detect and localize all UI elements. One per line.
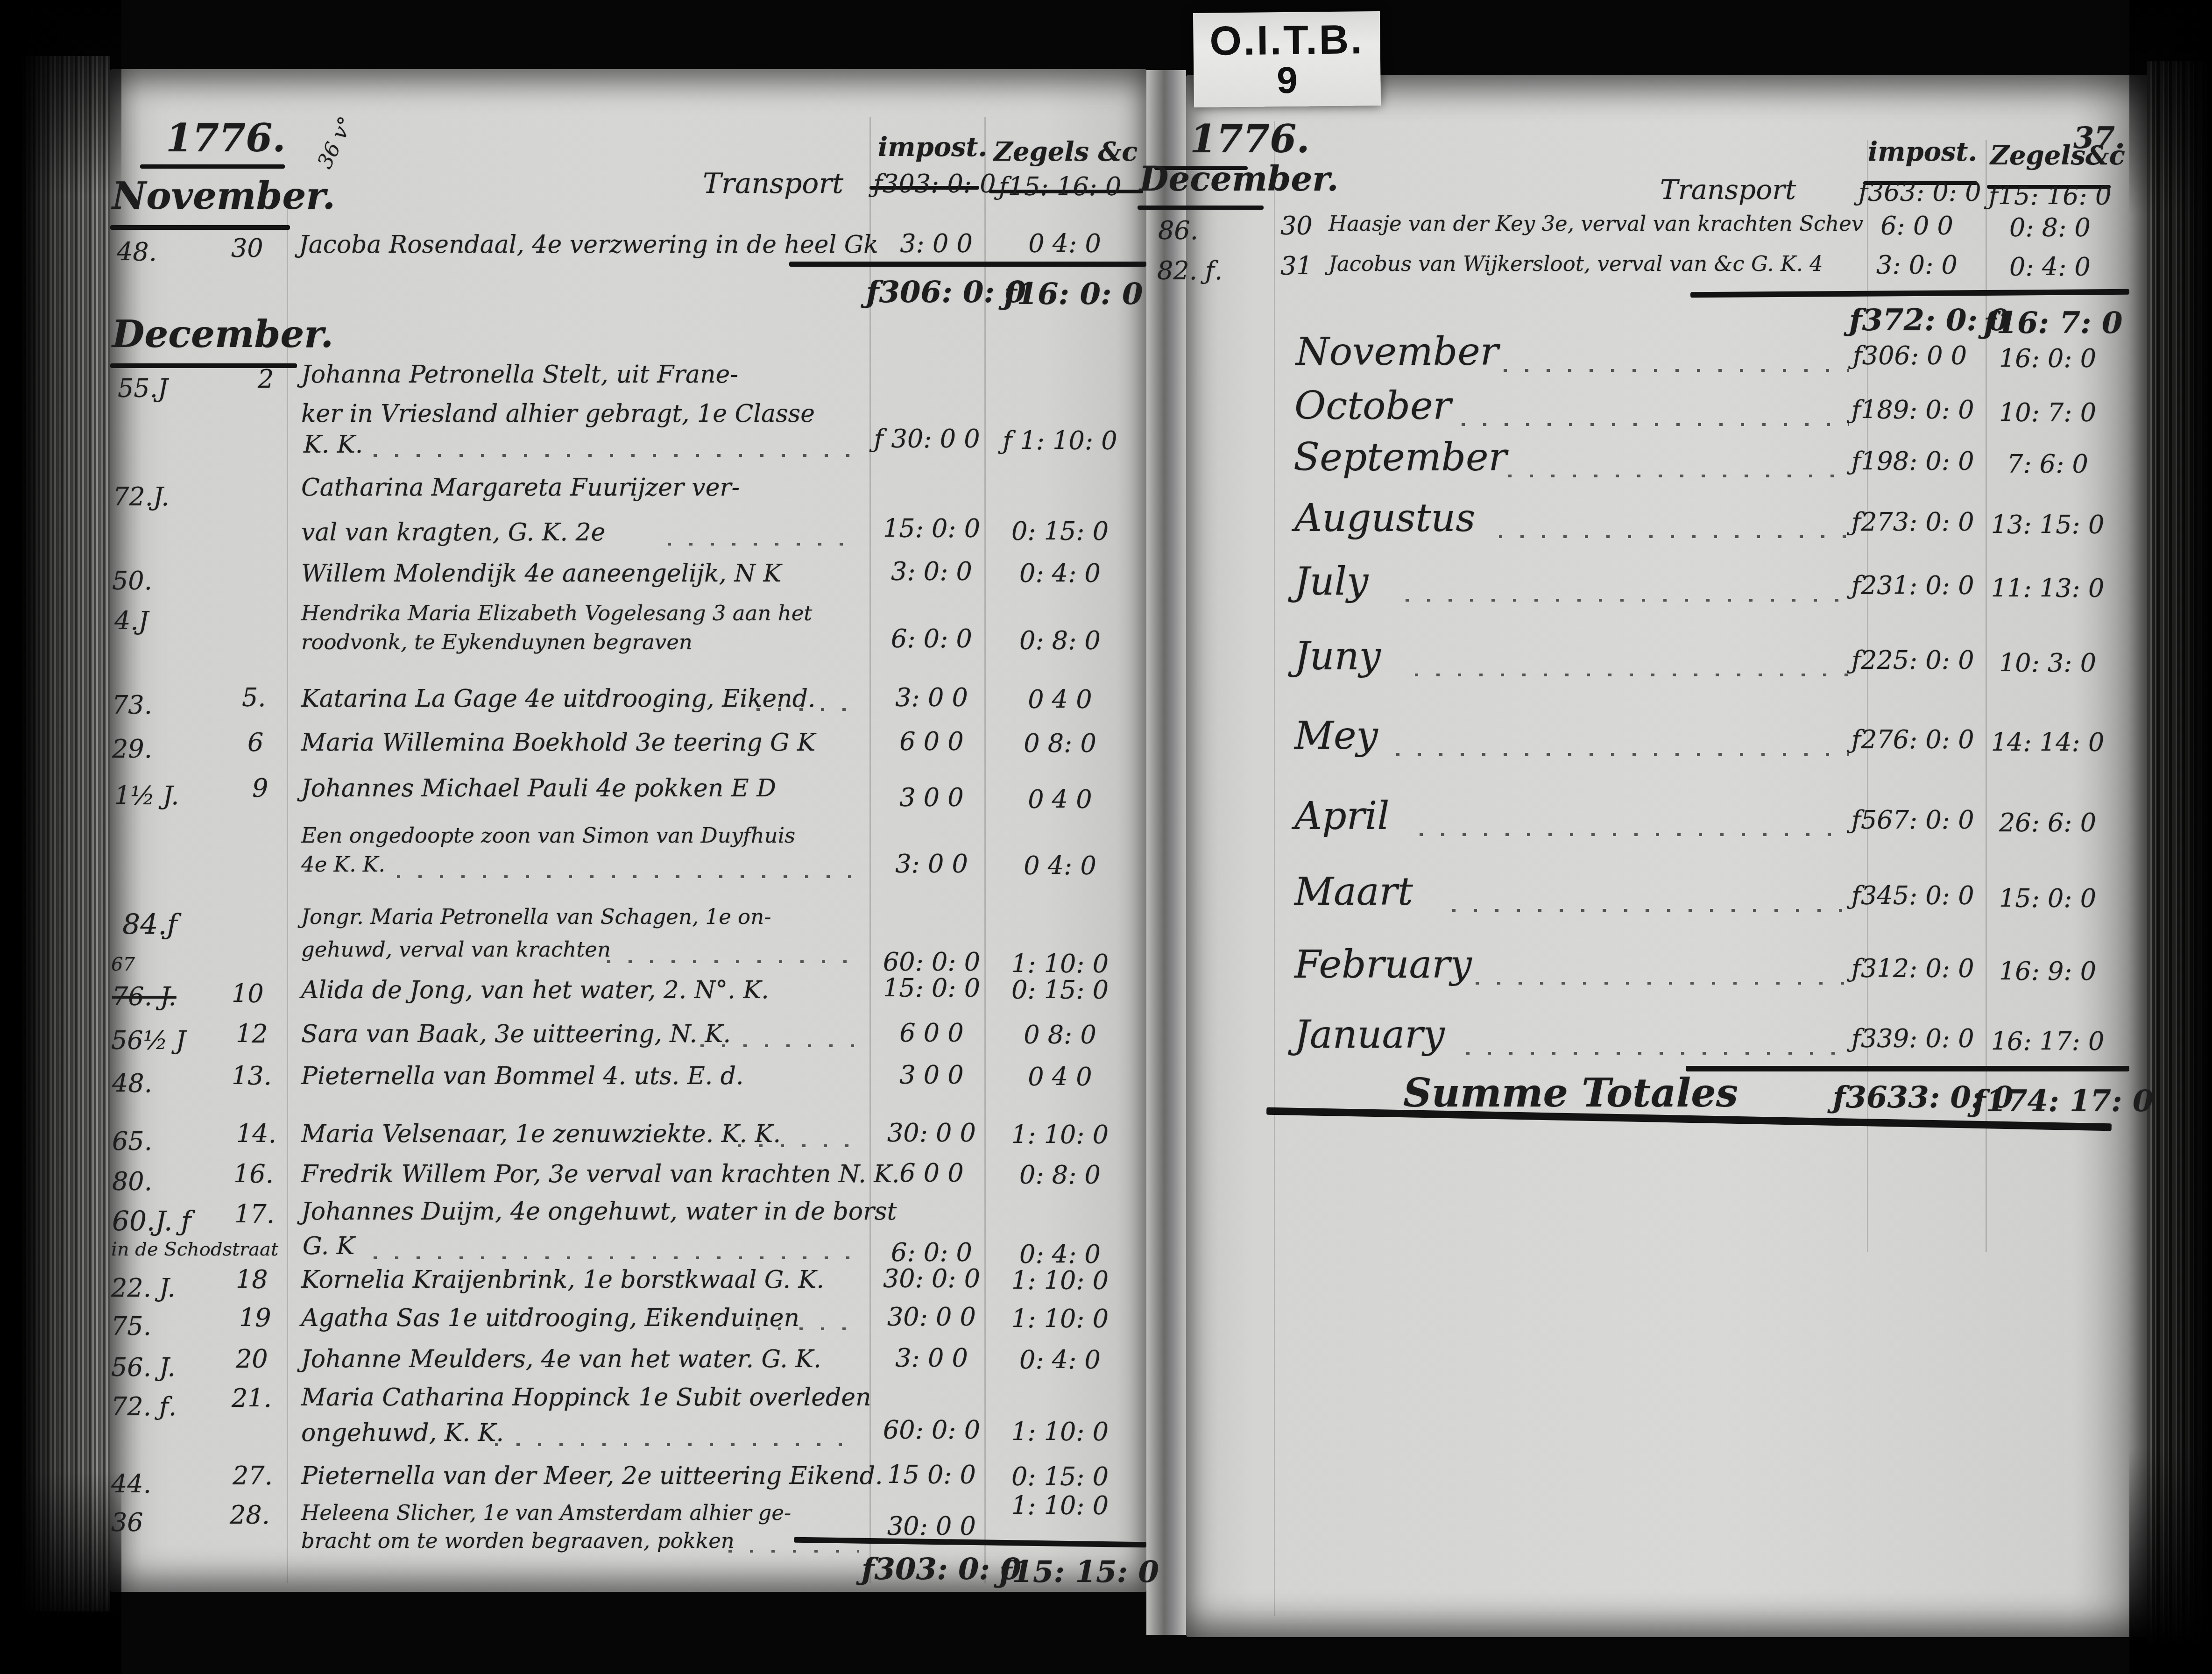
right-column-line-1 xyxy=(1274,121,1275,1616)
left-year: 1776. xyxy=(166,116,286,161)
row-description: K. K. xyxy=(304,431,363,459)
month-zegels: 15: 0: 0 xyxy=(1978,884,2118,913)
row-margin: 56. J. xyxy=(111,1353,176,1382)
row-zegels: 0: 8: 0 xyxy=(1980,213,2120,242)
left-zegels-header: Zegels &c xyxy=(994,136,1138,167)
right-december-underline xyxy=(1138,206,1264,210)
row-zegels: 1: 10: 0 xyxy=(990,1304,1130,1334)
month-name: February xyxy=(1294,943,1472,987)
left-november-total-zegels: ƒ16: 0: 0 xyxy=(1004,277,1143,312)
row-impost: 3: 0: 0 xyxy=(873,557,990,586)
month-name: Mey xyxy=(1294,714,1378,758)
month-zegels: 16: 9: 0 xyxy=(1978,957,2118,986)
dotted-leader xyxy=(607,960,859,963)
row-zegels: 1: 10: 0 xyxy=(990,1266,1130,1295)
row-impost: ƒ 30: 0 0 xyxy=(869,424,985,454)
row-impost: 30: 0 0 xyxy=(873,1511,990,1541)
right-transport-impost: ƒ363: 0: 0 xyxy=(1859,177,1975,207)
row-description: Katarina La Gage 4e uitdrooging, Eikend. xyxy=(301,685,816,713)
month-zegels: 14: 14: 0 xyxy=(1978,728,2118,757)
row-margin: 67 xyxy=(111,954,135,975)
dotted-leader xyxy=(1415,674,1849,676)
row-margin: 29. xyxy=(112,734,152,764)
row-zegels: 0 8: 0 xyxy=(990,729,1130,758)
row-description: Heleena Slicher, 1e van Amsterdam alhier… xyxy=(301,1500,791,1525)
row-description: Maria Velsenaar, 1e zenuwziekte. K. K. xyxy=(301,1120,781,1148)
row-zegels: 0 8: 0 xyxy=(990,1020,1130,1050)
row-margin: 80. xyxy=(112,1167,152,1196)
row-day: 20 xyxy=(236,1344,268,1374)
row-day: 12 xyxy=(236,1019,268,1049)
row-margin: 55.J xyxy=(118,374,168,403)
right-transport-label: Transport xyxy=(1660,174,1796,206)
row-margin: 72. ƒ. xyxy=(111,1392,177,1421)
row-description: Johannes Michael Pauli 4e pokken E D xyxy=(301,774,776,802)
month-impost: ƒ312: 0: 0 xyxy=(1852,954,1968,983)
row-description: Pieternella van der Meer, 2e uitteering … xyxy=(301,1462,883,1490)
month-name: April xyxy=(1294,794,1389,838)
row-margin: 86. xyxy=(1158,216,1198,245)
dotted-leader xyxy=(1504,369,1849,372)
row-impost: 6: 0: 0 xyxy=(873,624,990,653)
row-margin: 82. ƒ. xyxy=(1157,256,1223,285)
dotted-leader xyxy=(1466,1052,1849,1055)
row-description: ongehuwd, K. K. xyxy=(301,1419,504,1447)
dotted-leader xyxy=(700,1044,859,1047)
month-name: January xyxy=(1294,1013,1445,1057)
dotted-leader xyxy=(1499,535,1849,538)
row-day: 14. xyxy=(236,1119,276,1149)
row-impost: 60: 0: 0 xyxy=(873,1415,990,1445)
right-shadow-overlay xyxy=(2129,0,2212,1674)
row-description: Fredrik Willem Por, 3e verval van kracht… xyxy=(301,1160,900,1188)
left-column-line-1 xyxy=(287,201,288,1583)
month-zegels: 13: 15: 0 xyxy=(1978,510,2118,539)
month-zegels: 16: 17: 0 xyxy=(1978,1027,2118,1056)
row-day: 30 xyxy=(1280,211,1313,241)
row-description: Pieternella van Bommel 4. uts. E. d. xyxy=(301,1062,744,1090)
row-zegels: 0: 8: 0 xyxy=(990,1160,1130,1190)
row-zegels: 1: 10: 0 xyxy=(990,1417,1130,1447)
archive-label-number: 9 xyxy=(1277,62,1298,99)
row-day: 17. xyxy=(234,1199,275,1229)
row-day: 27. xyxy=(233,1461,273,1490)
row-description: Jacoba Rosendaal, 4e verzwering in de he… xyxy=(299,231,878,259)
row-impost: 15: 0: 0 xyxy=(873,973,990,1003)
left-transport-zegels: ƒ15: 16: 0 xyxy=(990,172,1130,201)
month-impost: ƒ306: 0 0 xyxy=(1852,341,1968,370)
month-zegels: 7: 6: 0 xyxy=(1978,449,2118,479)
dotted-leader xyxy=(1462,423,1849,426)
left-november-total-impost: ƒ306: 0: 0 xyxy=(866,275,1026,310)
row-margin-alt: in de Schodstraat xyxy=(111,1239,278,1260)
month-impost: ƒ273: 0: 0 xyxy=(1852,507,1968,537)
row-zegels: 0 4: 0 xyxy=(990,851,1130,880)
row-impost: 6 0 0 xyxy=(873,727,990,756)
dotted-leader xyxy=(1420,833,1849,836)
row-description: Kornelia Kraijenbrink, 1e borstkwaal G. … xyxy=(301,1266,824,1294)
row-zegels: 0: 8: 0 xyxy=(990,626,1130,655)
row-day: 18 xyxy=(236,1265,268,1294)
row-margin: 36 xyxy=(111,1508,143,1537)
row-impost: 6 0 0 xyxy=(873,1158,990,1188)
row-impost: 6: 0 0 xyxy=(1859,211,1975,241)
row-day: 9 xyxy=(252,773,268,803)
row-description: Hendrika Maria Elizabeth Vogelesang 3 aa… xyxy=(301,601,812,625)
row-margin: 50. xyxy=(112,566,152,596)
row-impost: 3 0 0 xyxy=(873,783,990,812)
row-description: Haasje van der Key 3e, verval van kracht… xyxy=(1329,211,1863,236)
month-zegels: 10: 7: 0 xyxy=(1978,398,2118,427)
row-impost: 30: 0 0 xyxy=(873,1302,990,1332)
month-impost: ƒ225: 0: 0 xyxy=(1852,645,1968,675)
row-day: 31 xyxy=(1280,251,1313,281)
row-description: Sara van Baak, 3e uitteering, N. K. xyxy=(301,1020,731,1048)
dotted-leader xyxy=(374,454,859,457)
month-zegels: 10: 3: 0 xyxy=(1978,648,2118,678)
row-zegels: 0: 15: 0 xyxy=(990,1462,1130,1491)
right-zegels-header: Zegels&c xyxy=(1990,140,2125,171)
row-zegels: 1: 10: 0 xyxy=(990,1120,1130,1149)
month-zegels: 11: 13: 0 xyxy=(1978,574,2118,603)
dotted-leader xyxy=(1508,475,1849,477)
right-transport-zegels: ƒ15: 16: 0 xyxy=(1980,181,2120,211)
dotted-leader xyxy=(1396,753,1849,756)
dotted-leader xyxy=(1406,599,1849,602)
row-impost: 60: 0: 0 xyxy=(873,947,990,977)
row-impost: 30: 0 0 xyxy=(873,1118,990,1148)
month-impost: ƒ231: 0: 0 xyxy=(1852,571,1968,600)
row-description: Alida de Jong, van het water, 2. N°. K. xyxy=(301,976,769,1004)
row-zegels: 0: 4: 0 xyxy=(990,1345,1130,1375)
row-day: 21. xyxy=(232,1383,272,1413)
row-impost: 3: 0 0 xyxy=(878,229,995,258)
row-impost: 6: 0: 0 xyxy=(873,1238,990,1267)
row-margin: 56½ J xyxy=(111,1026,186,1055)
row-zegels: 0 4 0 xyxy=(990,785,1130,814)
month-name: September xyxy=(1293,435,1507,480)
left-column-line-2 xyxy=(869,117,871,1583)
row-description: G. K xyxy=(303,1232,355,1260)
row-day: 30 xyxy=(231,234,263,263)
right-december-header: December. xyxy=(1139,159,1339,199)
row-day: 28. xyxy=(230,1500,270,1530)
row-description: Catharina Margareta Fuurijzer ver- xyxy=(301,474,740,502)
summe-top-rule xyxy=(1686,1066,2129,1071)
right-december-total-zegels: ƒ16: 7: 0 xyxy=(1984,305,2122,340)
dotted-leader xyxy=(728,1550,859,1553)
row-description: 4e K. K. xyxy=(301,852,385,877)
left-grand-total-zegels: ƒ15: 15: 0 xyxy=(999,1554,1159,1589)
row-margin: 75. xyxy=(111,1312,151,1341)
left-year-underline xyxy=(140,164,285,169)
row-day: 10 xyxy=(232,979,264,1008)
row-margin: 44. xyxy=(111,1469,151,1499)
left-december-header: December. xyxy=(112,312,333,356)
month-zegels: 16: 0: 0 xyxy=(1978,344,2118,373)
left-transport-impost: ƒ303: 0: 0 xyxy=(873,169,990,199)
month-impost: ƒ276: 0: 0 xyxy=(1852,725,1968,754)
row-day: 19 xyxy=(239,1303,271,1333)
row-margin-alt: 76. J. xyxy=(112,982,177,1011)
row-description: Jacobus van Wijkersloot, verval van &c G… xyxy=(1329,251,1823,276)
row-description: Agatha Sas 1e uitdrooging, Eikenduinen xyxy=(301,1304,799,1332)
row-description: gehuwd, verval van krachten xyxy=(301,937,611,962)
dotted-leader xyxy=(738,1144,859,1147)
row-zegels: 0: 4: 0 xyxy=(1980,252,2120,282)
archive-label: O.I.T.B. 9 xyxy=(1193,11,1381,107)
dotted-leader xyxy=(668,543,859,546)
dotted-leader xyxy=(495,1443,859,1446)
row-description: roodvonk, te Eykenduynen begraven xyxy=(301,630,693,654)
row-impost: 3: 0 0 xyxy=(873,849,990,879)
row-impost: 6 0 0 xyxy=(873,1018,990,1048)
row-description: Johannes Duijm, 4e ongehuwt, water in de… xyxy=(301,1198,897,1226)
row-margin: 84.ƒ xyxy=(122,908,177,941)
row-impost: 15: 0: 0 xyxy=(873,514,990,543)
month-impost: ƒ345: 0: 0 xyxy=(1852,881,1968,910)
row-description: Maria Willemina Boekhold 3e teering G K xyxy=(301,729,815,757)
row-margin: 65. xyxy=(112,1127,152,1156)
row-margin: 48. xyxy=(112,1069,152,1098)
row-zegels: 0 4 0 xyxy=(990,1062,1130,1092)
row-description: bracht om te worden begraaven, pokken xyxy=(301,1528,735,1553)
row-zegels: 0: 15: 0 xyxy=(990,517,1130,546)
row-description: Johanne Meulders, 4e van het water. G. K… xyxy=(301,1345,821,1373)
month-name: Juny xyxy=(1294,634,1381,679)
row-margin: 4.J xyxy=(114,606,148,636)
dotted-leader xyxy=(374,1256,859,1259)
dotted-leader xyxy=(1452,909,1849,912)
row-zegels: 1: 10: 0 xyxy=(990,1491,1130,1520)
row-impost: 3: 0 0 xyxy=(873,1343,990,1373)
row-zegels: 0 4: 0 xyxy=(995,229,1135,258)
row-margin: 1½ J. xyxy=(114,781,179,810)
row-margin: 73. xyxy=(112,690,152,720)
row-zegels: 1: 10: 0 xyxy=(990,949,1130,979)
row-zegels: 0: 15: 0 xyxy=(990,975,1130,1005)
row-zegels: 0 4 0 xyxy=(990,685,1130,714)
left-grand-total-impost: ƒ303: 0: 0 xyxy=(862,1552,1021,1587)
left-shadow-overlay xyxy=(0,0,121,1674)
row-day: 6 xyxy=(247,728,263,757)
row-day: 13. xyxy=(232,1061,272,1091)
right-impost-header: impost. xyxy=(1868,136,1977,167)
month-name: November xyxy=(1296,330,1498,374)
month-zegels: 26: 6: 0 xyxy=(1978,808,2118,837)
row-description: val van kragten, G. K. 2e xyxy=(301,518,605,546)
month-name: October xyxy=(1294,384,1451,428)
row-day: 2 xyxy=(258,364,274,394)
month-impost: ƒ198: 0: 0 xyxy=(1852,447,1968,476)
month-name: Maart xyxy=(1294,870,1413,914)
dotted-leader xyxy=(397,875,859,878)
left-november-total-rule xyxy=(789,262,1146,267)
row-description: Willem Molendijk 4e aaneengelijk, N K xyxy=(301,560,781,588)
row-day: 16. xyxy=(233,1159,274,1189)
left-november-header: November. xyxy=(112,174,335,218)
row-margin: 22. J. xyxy=(111,1273,176,1303)
row-margin: 60.J. ƒ xyxy=(112,1205,191,1237)
row-impost: 3: 0: 0 xyxy=(1859,250,1975,280)
right-year: 1776. xyxy=(1190,117,1310,162)
row-zegels: ƒ 1: 10: 0 xyxy=(990,426,1130,455)
left-transport-label: Transport xyxy=(703,167,843,200)
archive-label-code: O.I.T.B. xyxy=(1209,19,1364,61)
month-name: Augustus xyxy=(1294,496,1475,540)
row-impost: 3 0 0 xyxy=(873,1060,990,1090)
row-zegels: 0: 4: 0 xyxy=(990,1240,1130,1269)
row-impost: 15 0: 0 xyxy=(873,1460,990,1490)
dotted-leader xyxy=(756,708,859,711)
left-november-underline xyxy=(110,225,290,230)
dotted-leader xyxy=(756,1327,859,1330)
month-impost: ƒ567: 0: 0 xyxy=(1852,805,1968,835)
month-name: July xyxy=(1294,560,1368,604)
row-impost: 3: 0 0 xyxy=(873,683,990,712)
row-description: ker in Vriesland alhier gebragt, 1e Clas… xyxy=(301,400,815,428)
row-impost: 30: 0: 0 xyxy=(873,1264,990,1293)
row-margin: 48. xyxy=(117,237,157,267)
book-spine xyxy=(1146,70,1186,1635)
scanned-ledger-photo: O.I.T.B. 9 1776. 36 v° impost. Zegels &c… xyxy=(0,0,2212,1674)
row-description: Maria Catharina Hoppinck 1e Subit overle… xyxy=(301,1383,871,1412)
row-description: Een ongedoopte zoon van Simon van Duyfhu… xyxy=(301,823,795,848)
left-impost-header: impost. xyxy=(878,132,987,163)
month-impost: ƒ339: 0: 0 xyxy=(1852,1024,1968,1053)
summe-label: Summe Totales xyxy=(1403,1070,1738,1116)
row-zegels: 0: 4: 0 xyxy=(990,559,1130,588)
dotted-leader xyxy=(1476,982,1849,985)
row-day: 5. xyxy=(242,683,266,712)
summe-zegels: ƒ174: 17: 0 xyxy=(1973,1084,2154,1119)
month-impost: ƒ189: 0: 0 xyxy=(1852,395,1968,425)
row-description: Johanna Petronella Stelt, uit Frane- xyxy=(301,361,738,389)
row-description: Jongr. Maria Petronella van Schagen, 1e … xyxy=(301,904,771,929)
row-margin: 72.J. xyxy=(113,482,170,511)
